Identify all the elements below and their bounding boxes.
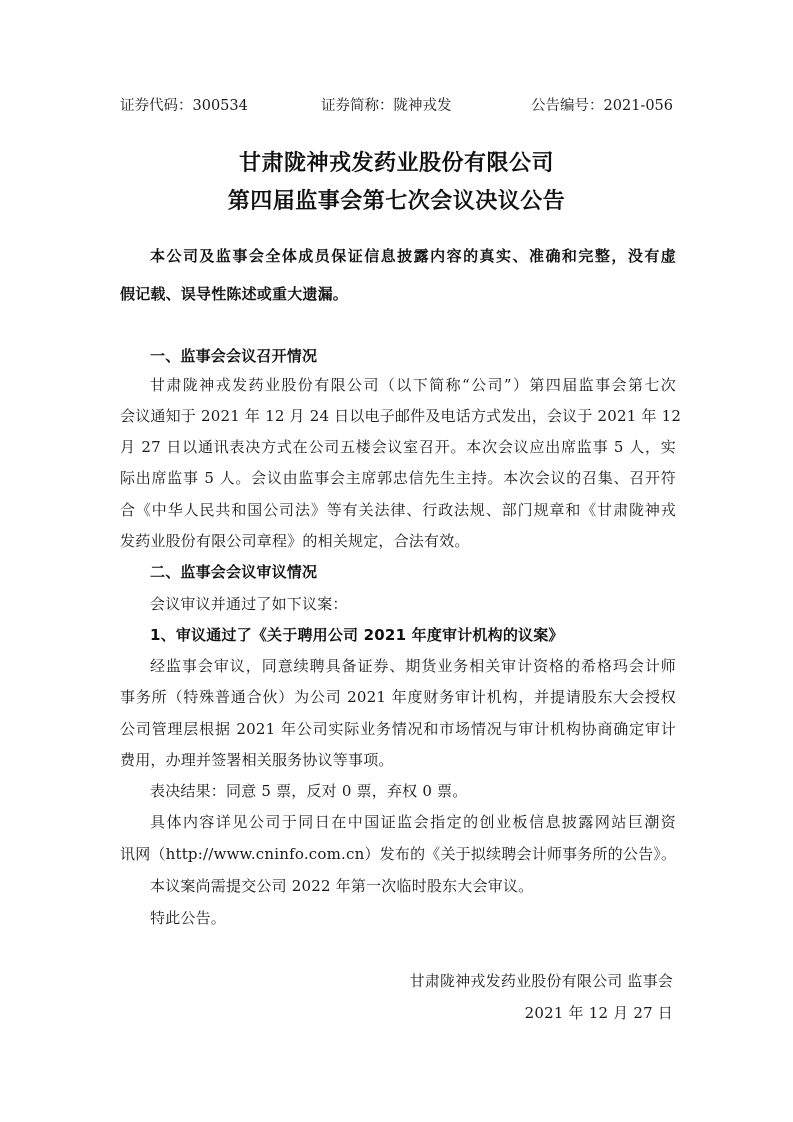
section2-intro: 会议审议并通过了如下议案： <box>150 593 348 614</box>
stock-code: 证券代码：300534 <box>120 94 248 115</box>
submit-note: 本议案尚需提交公司 2022 年第一次临时股东大会审议。 <box>150 875 533 896</box>
detail-line-1: 具体内容详见公司于同日在中国证监会指定的创业板信息披露网站巨潮资 <box>150 811 676 832</box>
vote-result: 表决结果：同意 5 票，反对 0 票，弃权 0 票。 <box>150 780 467 801</box>
closing-statement: 特此公告。 <box>150 907 226 928</box>
proposal-line: 事务所（特殊普通合伙）为公司 2021 年度财务审计机构，并提请股东大会授权 <box>120 686 676 707</box>
section1-line: 会议通知于 2021 年 12 月 24 日以电子邮件及电话方式发出，会议于 2… <box>120 405 676 426</box>
section2-heading: 二、监事会会议审议情况 <box>150 561 317 582</box>
proposal-line: 费用，办理并签署相关服务协议等事项。 <box>120 749 394 770</box>
section1-heading: 一、监事会会议召开情况 <box>150 345 317 366</box>
section1-line: 甘肃陇神戎发药业股份有限公司（以下简称“公司”）第四届监事会第七次 <box>150 374 676 395</box>
signature-date: 2021 年 12 月 27 日 <box>525 1002 673 1023</box>
disclaimer-line-2: 假记载、误导性陈述或重大遗漏。 <box>120 283 348 304</box>
proposal-line: 经监事会审议，同意续聘具备证券、期货业务相关审计资格的希格玛会计师 <box>150 655 676 676</box>
detail-line-2: 讯网（http://www.cninfo.com.cn）发布的《关于拟续聘会计师… <box>120 843 676 864</box>
company-title: 甘肃陇神戎发药业股份有限公司 <box>0 146 793 177</box>
announcement-number: 公告编号：2021-056 <box>531 94 673 115</box>
signature-org: 甘肃陇神戎发药业股份有限公司 监事会 <box>410 970 673 991</box>
section1-line: 月 27 日以通讯表决方式在公司五楼会议室召开。本次会议应出席监事 5 人，实 <box>120 436 676 457</box>
disclaimer-line-1: 本公司及监事会全体成员保证信息披露内容的真实、准确和完整，没有虚 <box>150 245 676 266</box>
section1-line: 合《中华人民共和国公司法》等有关法律、行政法规、部门规章和《甘肃陇神戎 <box>120 499 676 520</box>
proposal-line: 公司管理层根据 2021 年公司实际业务情况和市场情况与审计机构协商确定审计 <box>120 718 676 739</box>
proposal-title: 1、审议通过了《关于聘用公司 2021 年度审计机构的议案》 <box>150 624 564 645</box>
section1-line: 际出席监事 5 人。会议由监事会主席郭忠信先生主持。本次会议的召集、召开符 <box>120 467 676 488</box>
stock-name: 证券简称：陇神戎发 <box>321 94 452 115</box>
document-title: 第四届监事会第七次会议决议公告 <box>0 184 793 215</box>
section1-line: 发药业股份有限公司章程》的相关规定，合法有效。 <box>120 530 470 551</box>
